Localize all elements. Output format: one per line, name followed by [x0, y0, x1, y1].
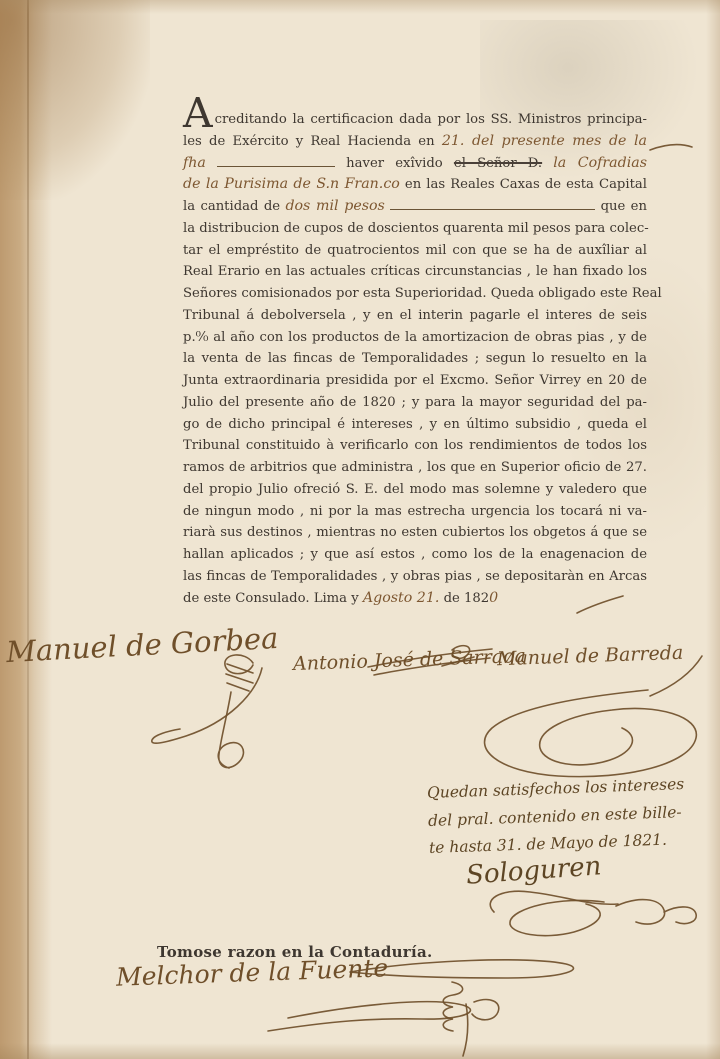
handwritten-insertion: 21. del presente mes de la [442, 133, 647, 149]
handwritten-insertion: dos mil pesos [285, 198, 384, 214]
printed-text: que en [601, 199, 647, 214]
printed-text: de este Consulado. Lima y [183, 591, 359, 606]
handwritten-date: Agosto 21. [363, 590, 439, 606]
paper-right-edge [706, 0, 720, 1059]
printed-text: riarà sus destinos , mientras no esten c… [183, 525, 647, 540]
printed-text: en las Reales Caxas de esta Capital [405, 177, 647, 192]
signature-antonio-jose-de-sarraoa: Antonio José de Sarraoa [293, 645, 527, 675]
printed-text: tar el empréstito de quatrocientos mil c… [183, 243, 647, 258]
printed-text: Tribunal á debolversela , y en el interi… [183, 308, 647, 323]
text-line: ramos de arbitrios que administra , los … [183, 457, 647, 479]
handwritten-note: Quedan satisfechos los intereses del pra… [427, 770, 716, 862]
printed-text: del propio Julio ofreció S. E. del modo … [183, 482, 647, 497]
blank-fill-line [217, 161, 335, 167]
printed-text: Tribunal constituido à verificarlo con l… [183, 438, 647, 453]
text-line: Junta extraordinaria presidida por el Ex… [183, 370, 647, 392]
text-line: la venta de las fincas de Temporalidades… [183, 348, 647, 370]
printed-text: de 182 [444, 591, 490, 606]
paper-bottom-edge [0, 1043, 720, 1059]
text-line: Tribunal constituido à verificarlo con l… [183, 435, 647, 457]
printed-text: les de Exército y Real Hacienda en [183, 134, 435, 149]
printed-text: Julio del presente año de 1820 ; y para … [183, 395, 647, 410]
paper-crease [27, 0, 29, 1059]
printed-text: la venta de las fincas de Temporalidades… [183, 351, 647, 366]
gorbea-rubric-flourish [152, 655, 262, 768]
text-line: Real Erario en las actuales críticas cir… [183, 261, 647, 283]
text-line: Acreditando la certificacion dada por lo… [183, 109, 647, 131]
drop-cap-initial: A [183, 89, 213, 137]
text-line: tar el empréstito de quatrocientos mil c… [183, 240, 647, 262]
scanned-document-page: { "colors": { "paper": "#efe5d2", "paper… [0, 0, 720, 1059]
text-line: les de Exército y Real Hacienda en 21. d… [183, 131, 647, 153]
handwritten-insertion: fha [183, 155, 206, 171]
certificate-body: Acreditando la certificacion dada por lo… [183, 109, 647, 609]
text-line: Julio del presente año de 1820 ; y para … [183, 392, 647, 414]
paper-top-edge [0, 0, 720, 14]
paper-corner-stain [0, 0, 150, 200]
text-line: p.⁰⁄₀ al año con los productos de la amo… [183, 327, 647, 349]
printed-text: ramos de arbitrios que administra , los … [183, 460, 647, 475]
signature-manuel-de-gorbea: Manuel de Gorbea [5, 621, 279, 669]
barreda-oval-flourish [485, 656, 702, 777]
handwritten-insertion: la Cofradias [553, 155, 647, 171]
text-line: de ningun modo , ni por la mas estrecha … [183, 501, 647, 523]
printed-text: la distribucion de cupos de doscientos q… [183, 221, 649, 236]
handwritten-digit: 0 [489, 590, 498, 606]
text-line: las fincas de Temporalidades , y obras p… [183, 566, 647, 588]
printed-text: la cantidad de [183, 199, 280, 214]
text-line: fha haver exîvido el Señor D. la Cofradi… [183, 153, 647, 175]
printed-text: creditando la certificacion dada por los… [215, 112, 647, 127]
sologuren-rubric-flourish [490, 891, 696, 935]
text-line: Tribunal á debolversela , y en el interi… [183, 305, 647, 327]
printed-text: Real Erario en las actuales críticas cir… [183, 264, 647, 279]
text-line: la cantidad de dos mil pesos que en [183, 196, 647, 218]
printed-text: go de dicho principal é intereses , y en… [183, 417, 647, 432]
printed-text: las fincas de Temporalidades , y obras p… [183, 569, 647, 584]
line2-pen-tail [650, 145, 692, 150]
printed-text: Junta extraordinaria presidida por el Ex… [183, 373, 647, 388]
paper-left-edge [0, 0, 52, 1059]
struck-through-text: el Señor D. [454, 156, 542, 171]
printed-text: p.⁰⁄₀ al año con los productos de la amo… [183, 330, 647, 345]
printed-text: de ningun modo , ni por la mas estrecha … [183, 504, 647, 519]
text-line: de este Consulado. Lima y Agosto 21. de … [183, 588, 647, 610]
printed-text: Señores comisionados por esta Superiorid… [183, 286, 662, 301]
printed-text: haver exîvido [346, 156, 443, 171]
text-line: Señores comisionados por esta Superiorid… [183, 283, 647, 305]
text-line: go de dicho principal é intereses , y en… [183, 414, 647, 436]
text-line: de la Purisima de S.n Fran.co en las Rea… [183, 174, 647, 196]
blank-fill-line [390, 204, 595, 210]
text-line: hallan aplicados ; y que así estos , com… [183, 544, 647, 566]
handwritten-insertion: de la Purisima de S.n Fran.co [183, 176, 400, 192]
text-line: del propio Julio ofreció S. E. del modo … [183, 479, 647, 501]
text-line: la distribucion de cupos de doscientos q… [183, 218, 647, 240]
printed-text: hallan aplicados ; y que así estos , com… [183, 547, 647, 562]
text-line: riarà sus destinos , mientras no esten c… [183, 522, 647, 544]
